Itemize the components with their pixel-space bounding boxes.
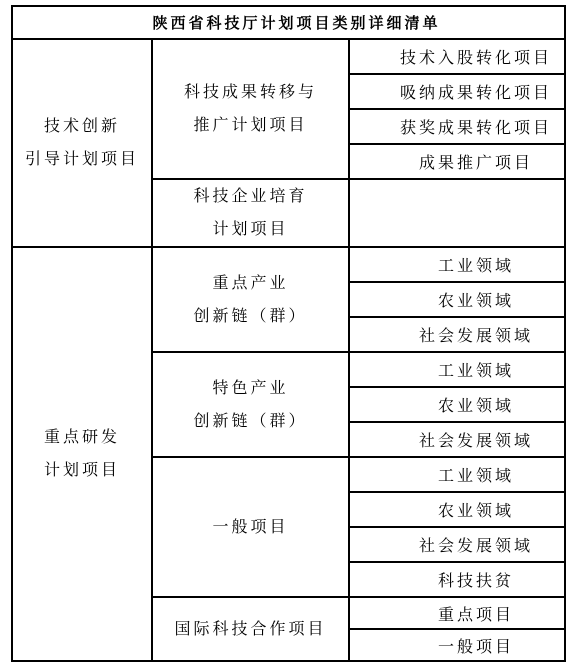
block-label-line: 科技企业培育 xyxy=(153,180,348,213)
item-cell: 工业领域 xyxy=(349,457,565,492)
table-title: 陕西省科技厅计划项目类别详细清单 xyxy=(12,6,565,39)
group-label-line: 引导计划项目 xyxy=(13,143,151,176)
item-cell: 社会发展领域 xyxy=(349,527,565,562)
block-label-line: 推广计划项目 xyxy=(153,109,348,142)
item-cell: 技术入股转化项目 xyxy=(349,39,565,74)
item-cell: 一般项目 xyxy=(349,629,565,661)
block-label-line: 重点产业 xyxy=(153,267,348,300)
block-label-line: 创新链（群） xyxy=(153,300,348,333)
block-label-line: 科技成果转移与 xyxy=(153,76,348,109)
group-label-line: 计划项目 xyxy=(13,454,151,487)
block-label-line: 特色产业 xyxy=(153,372,348,405)
block-label-general-projects: 一般项目 xyxy=(152,457,349,597)
group-label-line: 重点研发 xyxy=(13,421,151,454)
item-cell: 工业领域 xyxy=(349,247,565,282)
block-label-line: 计划项目 xyxy=(153,213,348,246)
item-cell: 获奖成果转化项目 xyxy=(349,109,565,144)
item-cell: 社会发展领域 xyxy=(349,317,565,352)
group-label-key-rd-plan: 重点研发 计划项目 xyxy=(12,247,152,661)
item-cell-empty xyxy=(349,179,565,247)
block-label-key-industry-chain: 重点产业 创新链（群） xyxy=(152,247,349,352)
block-label-line: 一般项目 xyxy=(153,511,348,544)
block-label-international-cooperation: 国际科技合作项目 xyxy=(152,597,349,661)
block-label-line: 创新链（群） xyxy=(153,405,348,438)
block-label-special-industry-chain: 特色产业 创新链（群） xyxy=(152,352,349,457)
item-cell: 社会发展领域 xyxy=(349,422,565,457)
item-cell: 农业领域 xyxy=(349,387,565,422)
group-label-line: 技术创新 xyxy=(13,110,151,143)
item-cell: 科技扶贫 xyxy=(349,562,565,597)
group-label-tech-innovation-guidance: 技术创新 引导计划项目 xyxy=(12,39,152,247)
item-cell: 工业领域 xyxy=(349,352,565,387)
item-cell: 吸纳成果转化项目 xyxy=(349,74,565,109)
item-cell: 农业领域 xyxy=(349,492,565,527)
block-label-tech-enterprise-cultivation: 科技企业培育 计划项目 xyxy=(152,179,349,247)
item-cell: 重点项目 xyxy=(349,597,565,629)
project-category-table: 陕西省科技厅计划项目类别详细清单 技术创新 引导计划项目 科技成果转移与 推广计… xyxy=(11,5,566,662)
block-label-line: 国际科技合作项目 xyxy=(153,613,348,646)
block-label-achievement-transfer: 科技成果转移与 推广计划项目 xyxy=(152,39,349,179)
item-cell: 成果推广项目 xyxy=(349,144,565,179)
item-cell: 农业领域 xyxy=(349,282,565,317)
